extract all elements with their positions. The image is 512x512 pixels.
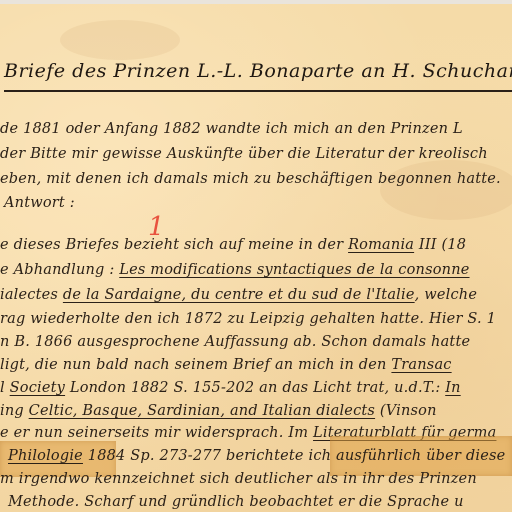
underlined-in: In: [445, 380, 460, 396]
paper-stain: [60, 20, 180, 60]
underlined-philologie: Philologie: [8, 448, 83, 464]
text-line-4: Antwort :: [4, 195, 75, 211]
text-line-3: eben, mit denen ich damals mich zu besch…: [0, 171, 501, 187]
underlined-les-modifications: Les modifications syntactiques de la con…: [119, 262, 469, 278]
text-line-9: n B. 1866 ausgesprochene Auffassung ab. …: [0, 334, 470, 350]
document-title: Briefe des Prinzen L.-L. Bonaparte an H.…: [4, 60, 512, 82]
text-line-6: e Abhandlung : Les modifications syntact…: [0, 262, 470, 278]
text-line-10: ligt, die nun bald nach seinem Brief an …: [0, 357, 452, 373]
manuscript-page: Briefe des Prinzen L.-L. Bonaparte an H.…: [0, 0, 512, 512]
text-line-14: Philologie 1884 Sp. 273-277 berichtete i…: [8, 448, 505, 464]
text-line-5: e dieses Briefes bezieht sich auf meine …: [0, 237, 466, 253]
paper-stain: [380, 160, 512, 220]
underlined-sardaigne: de la Sardaigne, du centre et du sud de …: [63, 287, 415, 303]
underlined-society: Society: [10, 380, 65, 396]
underlined-celtic: Celtic, Basque, Sardinian, and Italian d…: [29, 403, 375, 419]
text-line-11: l Society London 1882 S. 155-202 an das …: [0, 380, 461, 396]
text-line-7: ialectes de la Sardaigne, du centre et d…: [0, 287, 477, 303]
text-line-8: rag wiederholte den ich 1872 zu Leipzig …: [0, 311, 496, 327]
text-line-16: Methode. Scharf und gründlich beobachtet…: [8, 494, 464, 510]
underlined-romania: Romania: [348, 237, 414, 253]
text-line-1: de 1881 oder Anfang 1882 wandte ich mich…: [0, 121, 463, 137]
title-underline: [4, 90, 512, 92]
underlined-transac: Transac: [391, 357, 451, 373]
text-line-15: m irgendwo kennzeichnet sich deutlicher …: [0, 471, 477, 487]
text-line-2: der Bitte mir gewisse Auskünfte über die…: [0, 146, 488, 162]
line-5-text-a: e dieses Briefes bezieht sich auf meine …: [0, 237, 348, 253]
text-line-12: ing Celtic, Basque, Sardinian, and Itali…: [0, 403, 437, 419]
